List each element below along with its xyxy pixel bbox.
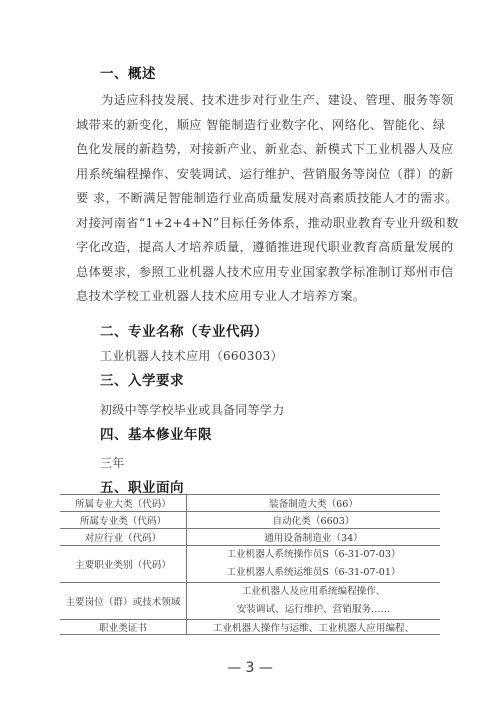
paragraph-line: 息技术学校工业机器人技术应用专业人才培养方案。: [76, 284, 442, 309]
section-heading-career: 五、职业面向: [100, 476, 184, 496]
table-value: 装备制造大类（66）: [187, 495, 441, 512]
paragraph-line: 字化改造，提高人才培养质量，遵循推进现代职业教育高质量发展的: [76, 235, 442, 260]
career-table: 所属专业大类（代码） 装备制造大类（66） 所属专业类（代码） 自动化类（660…: [60, 494, 440, 635]
table-row: 所属专业类（代码） 自动化类（6603）: [60, 512, 440, 529]
table-row: 主要岗位（群）或技术领域 工业机器人及应用系统编程操作、 安装调试、运行维护、营…: [60, 583, 440, 620]
page-number: — 3 —: [0, 660, 500, 676]
section-heading-overview: 一、概述: [100, 62, 156, 82]
table-value-line: 工业机器人及应用系统编程操作、: [187, 583, 440, 601]
table-value: 工业机器人及应用系统编程操作、 安装调试、运行维护、营销服务……: [187, 583, 441, 620]
table-value: 自动化类（6603）: [187, 512, 441, 529]
table-row: 对应行业（代码） 通用设备制造业（34）: [60, 529, 440, 546]
paragraph-line: 为适应科技发展、技术进步对行业生产、建设、管理、服务等领: [76, 88, 442, 113]
table-row: 主要职业类别（代码） 工业机器人系统操作员S（6-31-07-03） 工业机器人…: [60, 546, 440, 583]
table-key: 对应行业（代码）: [60, 529, 187, 546]
paragraph-line: 用系统编程操作、安装调试、运行维护、营销服务等岗位（群）的新: [76, 162, 442, 187]
table-value-line: 工业机器人系统操作员S（6-31-07-03）: [187, 546, 440, 564]
table-value: 工业机器人操作与运维、工业机器人应用编程、: [187, 620, 441, 635]
duration-text: 三年: [100, 454, 125, 471]
table-value-line: 工业机器人系统运维员S（6-31-07-01）: [187, 564, 440, 582]
table-key: 职业类证书: [60, 620, 187, 635]
table-key: 主要岗位（群）或技术领域: [60, 583, 187, 620]
paragraph-line: 色化发展的新趋势，对接新产业、新业态、新模式下工业机器人及应: [76, 137, 442, 162]
section-heading-duration: 四、基本修业年限: [100, 423, 212, 443]
table-key: 所属专业大类（代码）: [60, 495, 187, 512]
table-value: 工业机器人系统操作员S（6-31-07-03） 工业机器人系统运维员S（6-31…: [187, 546, 441, 583]
table-key: 主要职业类别（代码）: [60, 546, 187, 583]
paragraph-line: 总体要求，参照工业机器人技术应用专业国家教学标准制订郑州市信: [76, 260, 442, 285]
paragraph-line: 对接河南省“1+2+4+N”目标任务体系，推动职业教育专业升级和数: [76, 211, 442, 236]
table-key: 所属专业类（代码）: [60, 512, 187, 529]
paragraph-line: 要 求，不断满足智能制造行业高质量发展对高素质技能人才的需求。: [76, 186, 442, 211]
section-heading-major-name: 二、专业名称（专业代码）: [100, 320, 268, 340]
section-heading-admission: 三、入学要求: [100, 369, 184, 389]
overview-paragraph: 为适应科技发展、技术进步对行业生产、建设、管理、服务等领 域带来的新变化，顺应 …: [76, 88, 442, 309]
table-row: 职业类证书 工业机器人操作与运维、工业机器人应用编程、: [60, 620, 440, 635]
paragraph-line: 域带来的新变化，顺应 智能制造行业数字化、网络化、智能化、绿: [76, 113, 442, 138]
table-row: 所属专业大类（代码） 装备制造大类（66）: [60, 495, 440, 512]
table-value: 通用设备制造业（34）: [187, 529, 441, 546]
admission-text: 初级中等学校毕业或具备同等学力: [100, 401, 285, 418]
table-value-line: 安装调试、运行维护、营销服务……: [187, 601, 440, 619]
major-name-text: 工业机器人技术应用（660303）: [100, 347, 283, 364]
